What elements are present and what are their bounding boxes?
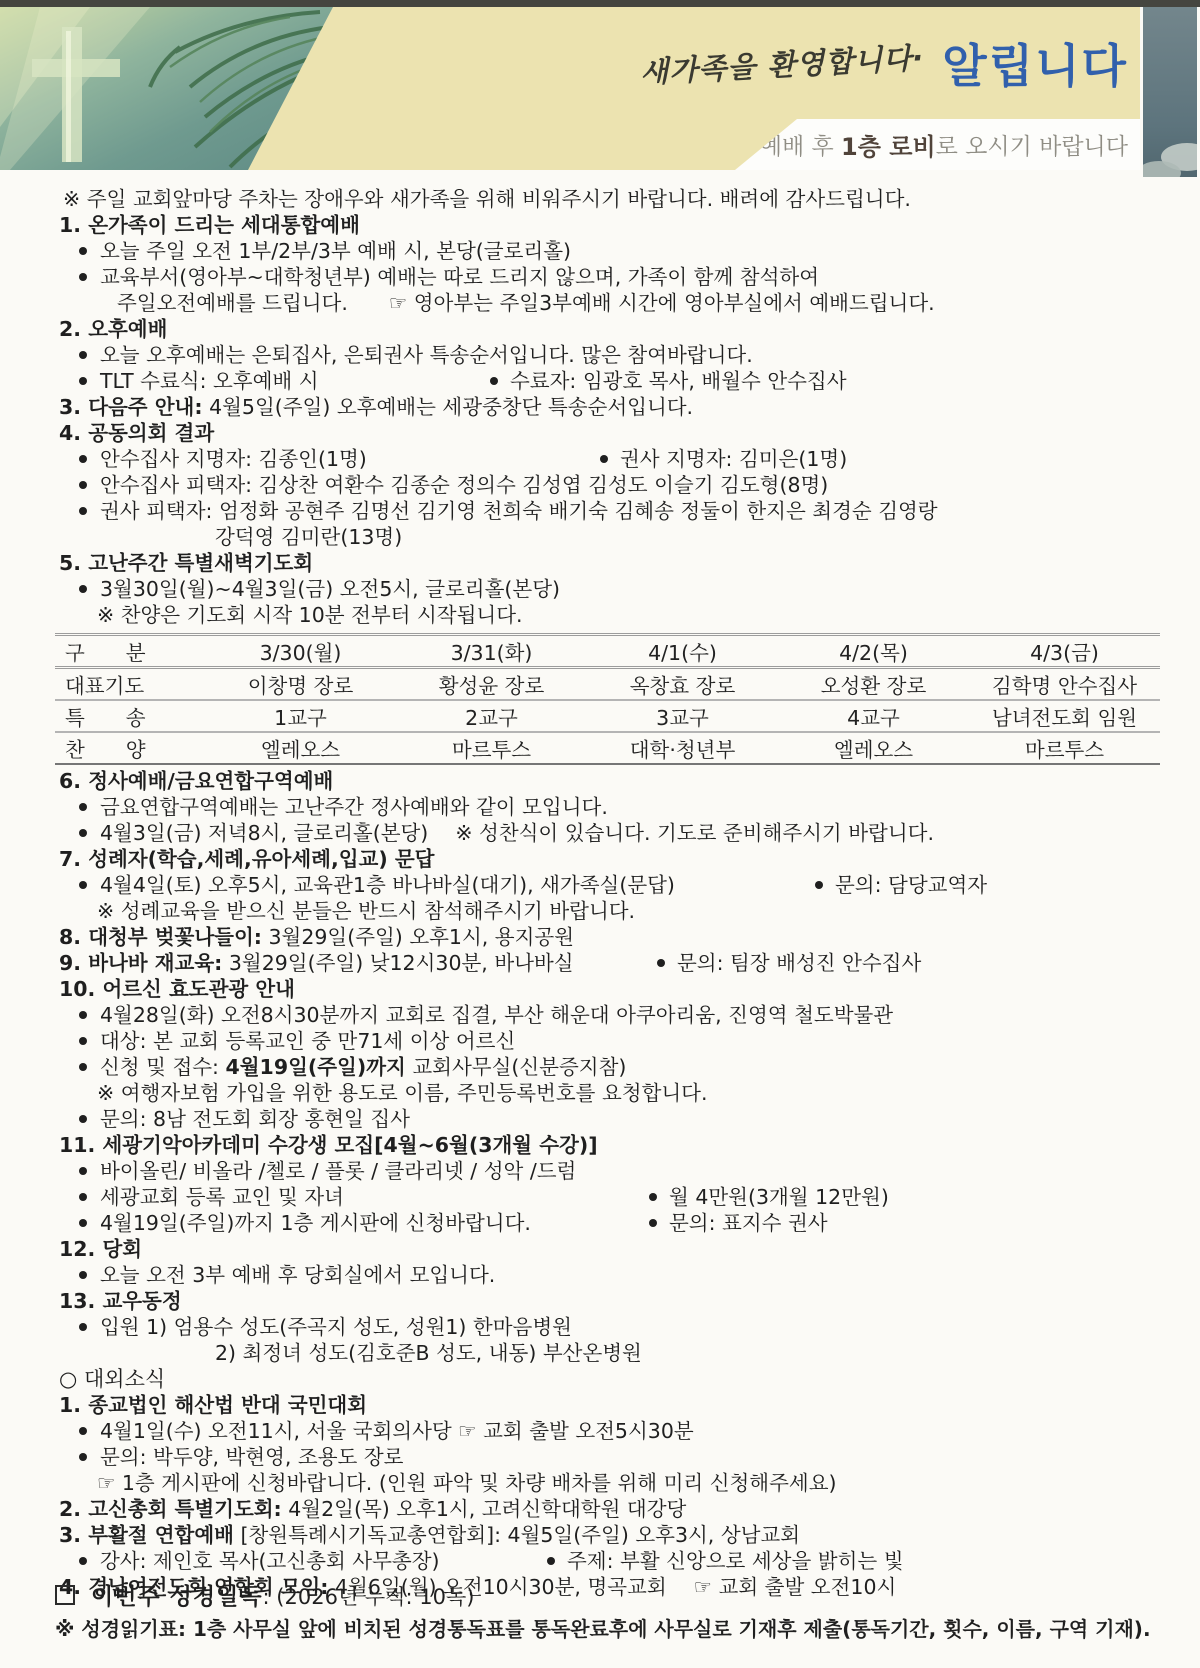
bullet-icon [79, 377, 87, 385]
table-row: 찬 양엘레오스마르투스대학·청년부엘레오스마르투스 [55, 732, 1160, 764]
notice-line: ※ 주일 교회앞마당 주차는 장애우와 새가족을 위해 비워주시기 바랍니다. … [55, 186, 1160, 212]
text-segment: 교회사무실(신분증지참) [406, 1055, 627, 1079]
text-segment: 문의: 담당교역자 [835, 873, 987, 897]
text-segment: 9. 바나바 재교육: [59, 951, 222, 975]
table-header-cell: 3/30(월) [205, 635, 396, 668]
registration-bold: 1층 로비 [841, 127, 936, 162]
text-segment: 권사 피택자: 엄정화 공현주 김명선 김기영 천희숙 배기숙 김혜송 정둘이 … [100, 499, 938, 523]
section-title: 2. 고신총회 특별기도회: 4월2일(목) 오후1시, 고려신학대학원 대강당 [55, 1496, 1160, 1522]
text-segment: 안수집사 피택자: 김상찬 여환수 김종순 정의수 김성엽 김성도 이슬기 김도… [100, 473, 828, 497]
text-segment: 12. 당회 [59, 1237, 142, 1261]
bullet-icon [79, 829, 87, 837]
bullet-icon [79, 1427, 87, 1435]
table-cell: 오성환 장로 [778, 668, 969, 701]
bullet-icon [649, 1193, 657, 1201]
text-segment: 입원 1) 엄용수 성도(주곡지 성도, 성원1) 한마음병원 [100, 1315, 572, 1339]
table-cell: 대학·청년부 [587, 732, 778, 764]
table-cell: 남녀전도회 임원 [969, 700, 1160, 732]
text-segment: 주제: 부활 신앙으로 세상을 밝히는 빛 [567, 1549, 904, 1573]
text-segment: 월 4만원(3개월 12만원) [669, 1185, 889, 1209]
table-header-cell: 4/2(목) [778, 635, 969, 668]
dawn-prayer-schedule-table: 구 분3/30(월)3/31(화)4/1(수)4/2(목)4/3(금) 대표기도… [55, 633, 1160, 765]
text-segment: 문의: 팀장 배성진 안수집사 [677, 951, 921, 975]
text-segment: 대상: 본 교회 등록교인 중 만71세 이상 어르신 [100, 1029, 515, 1053]
text-segment: 오늘 오후예배는 은퇴집사, 은퇴권사 특송순서입니다. 많은 참여바랍니다. [100, 343, 753, 367]
bullet-icon [79, 247, 87, 255]
bullet-item: 4월19일(주일)까지 1층 게시판에 신청바랍니다.문의: 표지수 권사 [55, 1210, 1160, 1236]
section-title: 3. 부활절 연합예배 [창원특례시기독교총연합회]: 4월5일(주일) 오후3… [55, 1522, 1160, 1548]
text-segment: 6. 정사예배/금요연합구역예배 [59, 769, 333, 793]
bullet-icon [79, 803, 87, 811]
table-header-cell: 4/3(금) [969, 635, 1160, 668]
text-segment: ※ 찬양은 기도회 시작 10분 전부터 시작됩니다. [97, 603, 523, 627]
bullet-icon [79, 1037, 87, 1045]
bullet-item: 문의: 8남 전도회 회장 홍현일 집사 [55, 1106, 1160, 1132]
text-segment: 주일오전예배를 드립니다. ☞ 영아부는 주일3부예배 시간에 영아부실에서 예… [117, 291, 935, 315]
bullet-item: 4월3일(금) 저녁8시, 글로리홀(본당) ※ 성찬식이 있습니다. 기도로 … [55, 820, 1160, 846]
sub-note: ※ 찬양은 기도회 시작 10분 전부터 시작됩니다. [55, 602, 1160, 628]
sky-svg [1143, 7, 1197, 177]
bullet-icon [79, 1063, 87, 1071]
text-segment: 8. 대청부 벚꽃나들이: [59, 925, 262, 949]
text-segment: 4월2일(목) 오후1시, 고려신학대학원 대강당 [282, 1497, 687, 1521]
table-header-cell: 4/1(수) [587, 635, 778, 668]
bullet-icon [79, 455, 87, 463]
table-header-cell: 3/31(화) [396, 635, 587, 668]
right-column: 권사 지명자: 김미은(1명) [600, 446, 847, 472]
right-column: 문의: 팀장 배성진 안수집사 [657, 950, 921, 976]
bullet-icon [79, 1115, 87, 1123]
section-title: 11. 세광기악아카데미 수강생 모집[4월~6월(3개월 수강)] [55, 1132, 1160, 1158]
section-title: 7. 성례자(학습,세례,유아세례,입교) 문답 [55, 846, 1160, 872]
bullet-item: 입원 1) 엄용수 성도(주곡지 성도, 성원1) 한마음병원 [55, 1314, 1160, 1340]
text-segment: 2. 오후예배 [59, 317, 167, 341]
header-titles: 새가족을 환영합니다· 알립니다 [640, 7, 1128, 119]
text-segment: 10. 어르신 효도관광 안내 [59, 977, 295, 1001]
text-segment: 13. 교우동정 [59, 1289, 182, 1313]
text-segment: 4월19일(주일)까지 [225, 1055, 405, 1079]
bullet-icon [657, 959, 665, 967]
right-column: 문의: 표지수 권사 [649, 1210, 828, 1236]
bullet-icon [79, 1453, 87, 1461]
section-title: 8. 대청부 벚꽃나들이: 3월29일(주일) 오후1시, 용지공원 [55, 924, 1160, 950]
text-segment: 4월28일(화) 오전8시30분까지 교회로 집결, 부산 해운대 아쿠아리움,… [100, 1003, 893, 1027]
text-segment: 11. 세광기악아카데미 수강생 모집[4월~6월(3개월 수강)] [59, 1133, 598, 1157]
bullet-icon [79, 881, 87, 889]
bullet-icon [79, 1271, 87, 1279]
text-segment: 4. 공동의회 결과 [59, 421, 214, 445]
bullet-item: 신청 및 접수: 4월19일(주일)까지 교회사무실(신분증지참) [55, 1054, 1160, 1080]
bullet-icon [79, 1011, 87, 1019]
bullet-item: 오늘 오후예배는 은퇴집사, 은퇴권사 특송순서입니다. 많은 참여바랍니다. [55, 342, 1160, 368]
sub-note: ※ 성례교육을 받으신 분들은 반드시 참석해주시기 바랍니다. [55, 898, 1160, 924]
table-header-row: 구 분3/30(월)3/31(화)4/1(수)4/2(목)4/3(금) [55, 635, 1160, 668]
table-row: 대표기도이창명 장로황성윤 장로옥창효 장로오성환 장로김학명 안수집사 [55, 668, 1160, 701]
text-segment: 강사: 제인호 목사(고신총회 사무총장) [100, 1549, 440, 1573]
bible-chart-note: ※ 성경읽기표: 1층 사무실 앞에 비치된 성경통독표를 통독완료후에 사무실… [55, 1614, 1165, 1644]
bullet-item: 안수집사 지명자: 김종인(1명)권사 지명자: 김미은(1명) [55, 446, 1160, 472]
text-segment: ※ 여행자보험 가입을 위한 용도로 이름, 주민등록번호를 요청합니다. [97, 1081, 708, 1105]
text-segment: [창원특례시기독교총연합회]: 4월5일(주일) 오후3시, 상남교회 [234, 1523, 800, 1547]
bullet-icon [649, 1219, 657, 1227]
sky-image [1143, 7, 1197, 177]
section-title: 4. 공동의회 결과 [55, 420, 1160, 446]
section-title: 5. 고난주간 특별새벽기도회 [55, 550, 1160, 576]
table-cell: 이창명 장로 [205, 668, 396, 701]
table-cell: 2교구 [396, 700, 587, 732]
section-title: 6. 정사예배/금요연합구역예배 [55, 768, 1160, 794]
table-cell: 마르투스 [396, 732, 587, 764]
right-column: 주제: 부활 신앙으로 세상을 밝히는 빛 [547, 1548, 904, 1574]
bullet-item: TLT 수료식: 오후예배 시수료자: 임광호 목사, 배월수 안수집사 [55, 368, 1160, 394]
bullet-icon [79, 1557, 87, 1565]
table-cell: 옥창효 장로 [587, 668, 778, 701]
bullet-item: 4월1일(수) 오전11시, 서울 국회의사당 ☞ 교회 출발 오전5시30분 [55, 1418, 1160, 1444]
table-cell: 황성윤 장로 [396, 668, 587, 701]
continuation-line: 강덕영 김미란(13명) [55, 524, 1160, 550]
table-row: 특 송1교구2교구3교구4교구남녀전도회 임원 [55, 700, 1160, 732]
text-segment: 7. 성례자(학습,세례,유아세례,입교) 문답 [59, 847, 434, 871]
text-segment: 강덕영 김미란(13명) [215, 525, 402, 549]
bullet-icon [79, 507, 87, 515]
text-segment: 4월4일(토) 오후5시, 교육관1층 바나바실(대기), 새가족실(문답) [100, 873, 675, 897]
bullet-icon [79, 1193, 87, 1201]
bullet-icon [79, 481, 87, 489]
text-segment: 문의: 박두양, 박현영, 조용도 장로 [100, 1445, 403, 1469]
welcome-script-text: 새가족을 환영합니다· [639, 35, 925, 91]
text-segment: 권사 지명자: 김미은(1명) [620, 447, 847, 471]
registration-post: 로 오시기 바랍니다 [936, 128, 1128, 161]
bullet-item: 4월28일(화) 오전8시30분까지 교회로 집결, 부산 해운대 아쿠아리움,… [55, 1002, 1160, 1028]
right-column: 문의: 담당교역자 [815, 872, 987, 898]
text-segment: 바이올린/ 비올라 /첼로 / 플롯 / 클라리넷 / 성악 /드럼 [100, 1159, 576, 1183]
bullet-item: 오늘 주일 오전 1부/2부/3부 예배 시, 본당(글로리홀) [55, 238, 1160, 264]
text-segment: 문의: 8남 전도회 회장 홍현일 집사 [100, 1107, 410, 1131]
text-segment: 교육부서(영아부~대학청년부) 예배는 따로 드리지 않으며, 가족이 함께 참… [100, 265, 819, 289]
registration-notice: 등록을 원하시는 분은 예배 후 1층 로비로 오시기 바랍니다 [735, 119, 1140, 170]
continuation-line: 주일오전예배를 드립니다. ☞ 영아부는 주일3부예배 시간에 영아부실에서 예… [55, 290, 1160, 316]
table-header-cell: 구 분 [55, 635, 205, 668]
right-column: 수료자: 임광호 목사, 배월수 안수집사 [490, 368, 847, 394]
bullet-item: 교육부서(영아부~대학청년부) 예배는 따로 드리지 않으며, 가족이 함께 참… [55, 264, 1160, 290]
text-segment: ☞ 1층 게시판에 신청바랍니다. (인원 파악 및 차량 배차를 위해 미리 … [97, 1471, 837, 1495]
bullet-item: 금요연합구역예배는 고난주간 정사예배와 같이 모입니다. [55, 794, 1160, 820]
bullet-item: 4월4일(토) 오후5시, 교육관1층 바나바실(대기), 새가족실(문답)문의… [55, 872, 1160, 898]
table-cell: 마르투스 [969, 732, 1160, 764]
table-cell: 1교구 [205, 700, 396, 732]
bullet-icon [79, 273, 87, 281]
bullet-item: 3월30일(월)~4월3일(금) 오전5시, 글로리홀(본당) [55, 576, 1160, 602]
bible-reading-count: : (2026년 누적: 10독) [263, 1585, 475, 1609]
text-segment: 2) 최정녀 성도(김호준B 성도, 내동) 부산온병원 [215, 1341, 642, 1365]
bullet-item: 강사: 제인호 목사(고신총회 사무총장)주제: 부활 신앙으로 세상을 밝히는… [55, 1548, 1160, 1574]
bullet-icon [79, 1219, 87, 1227]
table-cell: 특 송 [55, 700, 205, 732]
text-segment: 4월5일(주일) 오후예배는 세광중창단 특송순서입니다. [203, 395, 694, 419]
text-segment: 3. 다음주 안내: [59, 395, 203, 419]
text-segment: 안수집사 지명자: 김종인(1명) [100, 447, 367, 471]
section-title: 1. 온가족이 드리는 세대통합예배 [55, 212, 1160, 238]
text-segment: TLT 수료식: 오후예배 시 [100, 369, 319, 393]
text-segment: 2. 고신총회 특별기도회: [59, 1497, 282, 1521]
section-title: 1. 종교법인 해산법 반대 국민대회 [55, 1392, 1160, 1418]
announcement-lines-top: ※ 주일 교회앞마당 주차는 장애우와 새가족을 위해 비워주시기 바랍니다. … [55, 186, 1160, 628]
table-cell: 대표기도 [55, 668, 205, 701]
right-column: 월 4만원(3개월 12만원) [649, 1184, 889, 1210]
text-segment: 신청 및 접수: [100, 1055, 225, 1079]
bullet-item: 오늘 오전 3부 예배 후 당회실에서 모입니다. [55, 1262, 1160, 1288]
text-segment: 세광교회 등록 교인 및 자녀 [100, 1185, 344, 1209]
bullet-item: 세광교회 등록 교인 및 자녀월 4만원(3개월 12만원) [55, 1184, 1160, 1210]
section-title: 2. 오후예배 [55, 316, 1160, 342]
text-segment: 4월3일(금) 저녁8시, 글로리홀(본당) ※ 성찬식이 있습니다. 기도로 … [100, 821, 934, 845]
text-segment: 3월30일(월)~4월3일(금) 오전5시, 글로리홀(본당) [100, 577, 560, 601]
bible-reading-line: 이번주 성경일독: (2026년 누적: 10독) [55, 1580, 1165, 1614]
continuation-line: 2) 최정녀 성도(김호준B 성도, 내동) 부산온병원 [55, 1340, 1160, 1366]
table-cell: 찬 양 [55, 732, 205, 764]
bullet-item: 권사 피택자: 엄정화 공현주 김명선 김기영 천희숙 배기숙 김혜송 정둘이 … [55, 498, 1160, 524]
checkbox-icon [55, 1585, 75, 1605]
bullet-item: 바이올린/ 비올라 /첼로 / 플롯 / 클라리넷 / 성악 /드럼 [55, 1158, 1160, 1184]
text-segment: 오늘 오전 3부 예배 후 당회실에서 모입니다. [100, 1263, 495, 1287]
announcement-body: ※ 주일 교회앞마당 주차는 장애우와 새가족을 위해 비워주시기 바랍니다. … [55, 186, 1160, 1600]
text-segment: 문의: 표지수 권사 [669, 1211, 828, 1235]
bullet-icon [600, 455, 608, 463]
announcement-lines-bottom: 6. 정사예배/금요연합구역예배금요연합구역예배는 고난주간 정사예배와 같이 … [55, 768, 1160, 1600]
table-cell: 엘레오스 [205, 732, 396, 764]
header-banner: 새가족을 환영합니다· 알립니다 등록을 원하시는 분은 예배 후 1층 로비로… [0, 7, 1200, 170]
bullet-item: 문의: 박두양, 박현영, 조용도 장로 [55, 1444, 1160, 1470]
table-cell: 엘레오스 [778, 732, 969, 764]
bullet-item: 대상: 본 교회 등록교인 중 만71세 이상 어르신 [55, 1028, 1160, 1054]
sub-note: ※ 여행자보험 가입을 위한 용도로 이름, 주민등록번호를 요청합니다. [55, 1080, 1160, 1106]
table-cell: 3교구 [587, 700, 778, 732]
text-segment: ※ 성례교육을 받으신 분들은 반드시 참석해주시기 바랍니다. [97, 899, 635, 923]
bullet-icon [79, 1167, 87, 1175]
external-news-heading: ○ 대외소식 [55, 1366, 1160, 1392]
bullet-icon [547, 1557, 555, 1565]
text-segment: 1. 온가족이 드리는 세대통합예배 [59, 213, 360, 237]
table-cell: 4교구 [778, 700, 969, 732]
section-title: 10. 어르신 효도관광 안내 [55, 976, 1160, 1002]
sub-note: ☞ 1층 게시판에 신청바랍니다. (인원 파악 및 차량 배차를 위해 미리 … [55, 1470, 1160, 1496]
footer: 이번주 성경일독: (2026년 누적: 10독) ※ 성경읽기표: 1층 사무… [55, 1580, 1165, 1644]
text-segment: 3월29일(주일) 낮12시30분, 바나바실 [222, 951, 573, 975]
bullet-icon [79, 1323, 87, 1331]
bullet-icon [490, 377, 498, 385]
text-segment: 4월1일(수) 오전11시, 서울 국회의사당 ☞ 교회 출발 오전5시30분 [100, 1419, 694, 1443]
bullet-icon [815, 881, 823, 889]
text-segment: 금요연합구역예배는 고난주간 정사예배와 같이 모입니다. [100, 795, 608, 819]
text-segment: 3월29일(주일) 오후1시, 용지공원 [262, 925, 574, 949]
bullet-icon [79, 585, 87, 593]
text-segment: 오늘 주일 오전 1부/2부/3부 예배 시, 본당(글로리홀) [100, 239, 571, 263]
text-segment: ※ 주일 교회앞마당 주차는 장애우와 새가족을 위해 비워주시기 바랍니다. … [63, 187, 911, 211]
section-title: 3. 다음주 안내: 4월5일(주일) 오후예배는 세광중창단 특송순서입니다. [55, 394, 1160, 420]
section-title: 13. 교우동정 [55, 1288, 1160, 1314]
section-title: 9. 바나바 재교육: 3월29일(주일) 낮12시30분, 바나바실문의: 팀… [55, 950, 1160, 976]
text-segment: ○ 대외소식 [59, 1367, 165, 1391]
text-segment: 3. 부활절 연합예배 [59, 1523, 234, 1547]
section-title: 12. 당회 [55, 1236, 1160, 1262]
page-title: 알립니다 [942, 30, 1128, 96]
text-segment: 수료자: 임광호 목사, 배월수 안수집사 [510, 369, 847, 393]
text-segment: 1. 종교법인 해산법 반대 국민대회 [59, 1393, 367, 1417]
bullet-item: 안수집사 피택자: 김상찬 여환수 김종순 정의수 김성엽 김성도 이슬기 김도… [55, 472, 1160, 498]
scan-edge [0, 0, 1200, 7]
bullet-icon [79, 351, 87, 359]
text-segment: 5. 고난주간 특별새벽기도회 [59, 551, 313, 575]
table-cell: 김학명 안수집사 [969, 668, 1160, 701]
text-segment: 4월19일(주일)까지 1층 게시판에 신청바랍니다. [100, 1211, 531, 1235]
bible-reading-title: 이번주 성경일독 [91, 1583, 263, 1610]
